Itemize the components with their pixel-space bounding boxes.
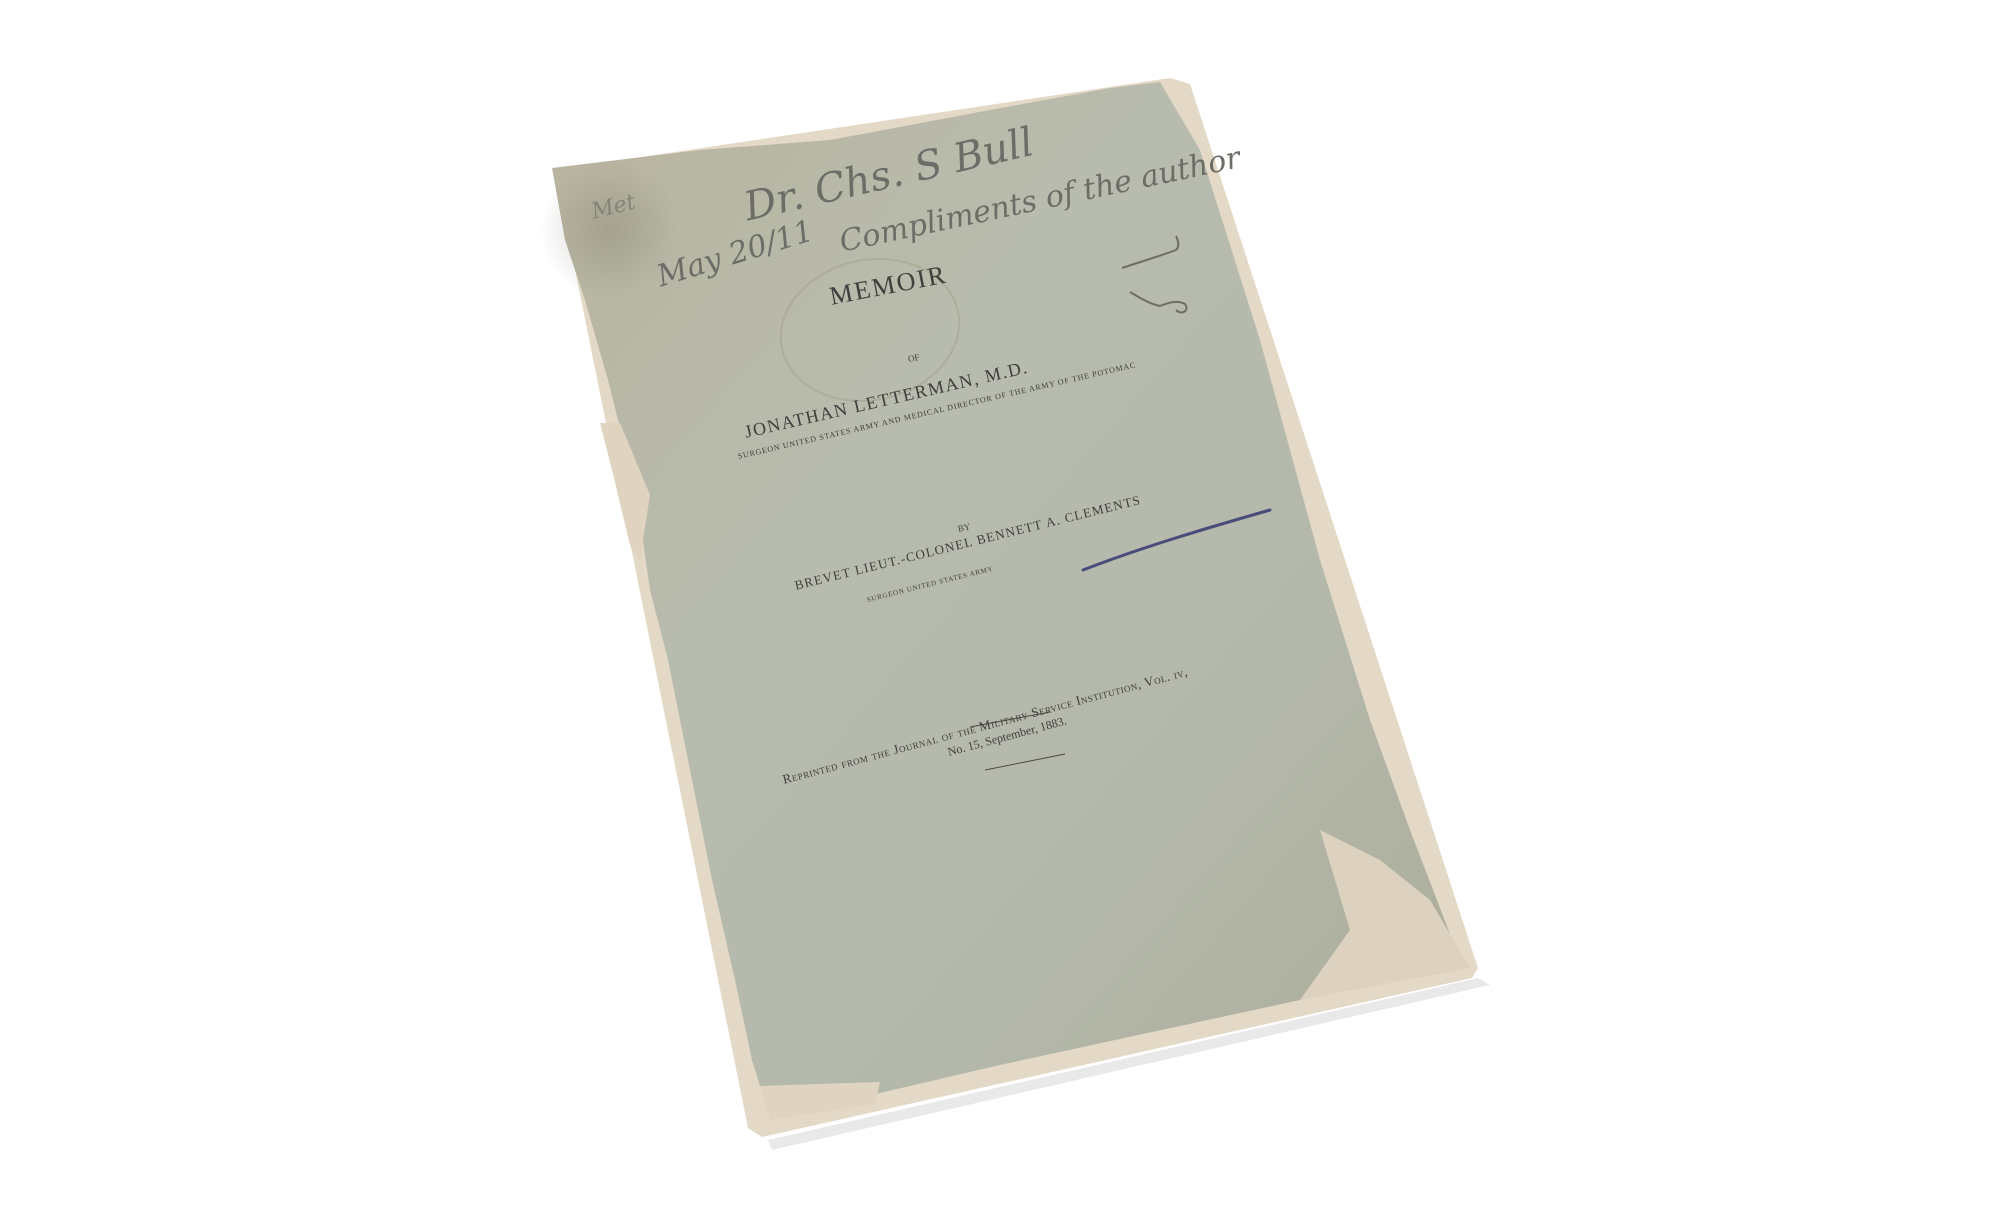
cover-of: OF xyxy=(907,352,920,364)
booklet-cover xyxy=(552,82,1460,1118)
booklet-illustration xyxy=(0,0,1999,1225)
photo-scene: Dr. Chs. S Bull Compliments of the autho… xyxy=(0,0,1999,1225)
